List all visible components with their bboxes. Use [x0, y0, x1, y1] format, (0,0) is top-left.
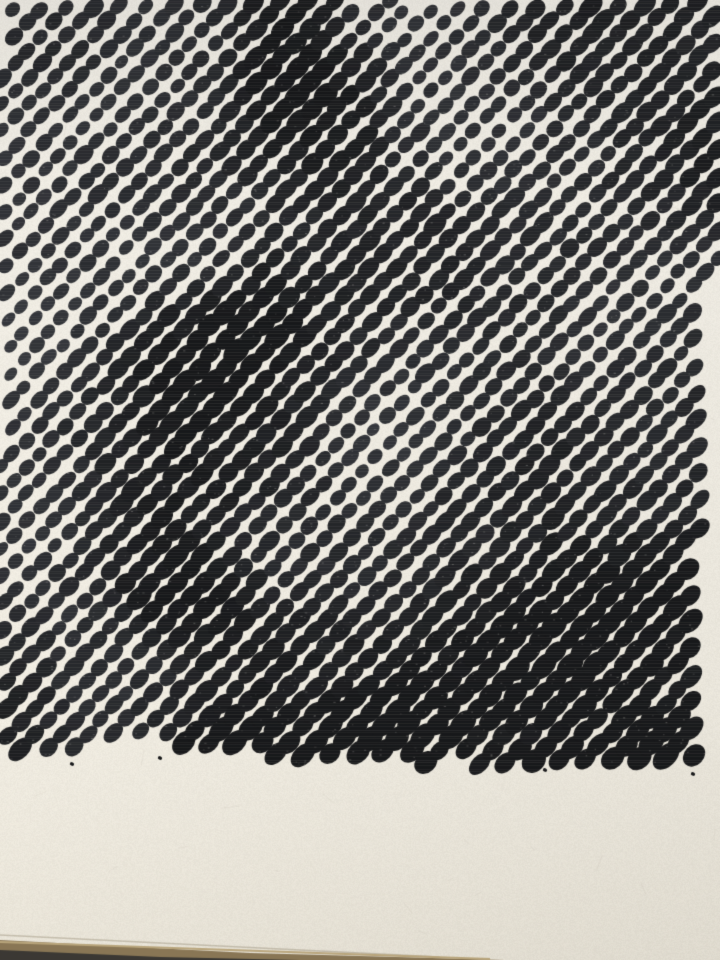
halftone-print-canvas — [0, 0, 720, 960]
photo-of-halftone-print — [0, 0, 720, 960]
